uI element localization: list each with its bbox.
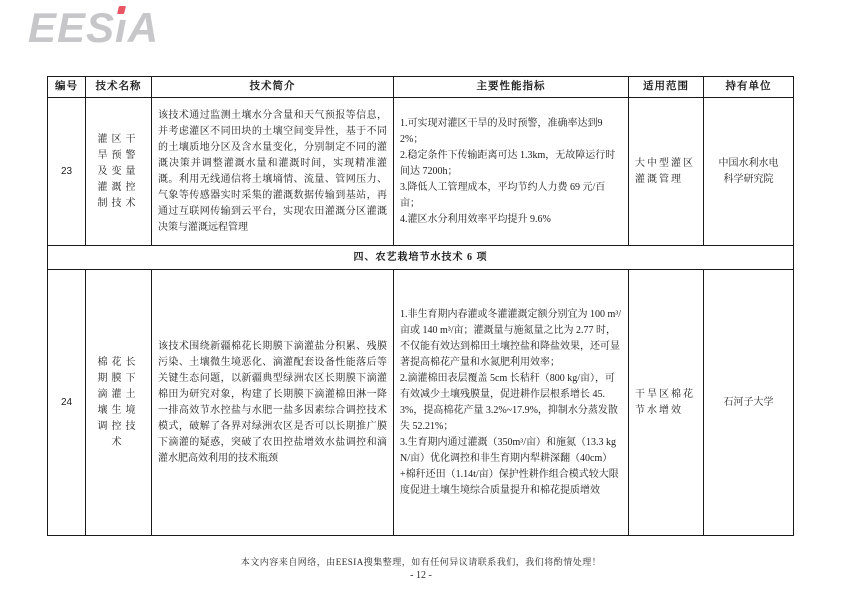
- footer-disclaimer: 本文内容来自网络，由EESIA搜集整理，如有任何异议请联系我们，我们将酌情处理！: [0, 556, 842, 568]
- row23-holder: 中国水利水电 科学研究院: [704, 98, 794, 246]
- technology-table: 编号 技术名称 技术简介 主要性能指标 适用范围 持有单位 23 灌区干旱预警及…: [47, 76, 794, 536]
- row23-id: 23: [48, 98, 86, 246]
- row24-scope: 干旱区棉花节水增效: [629, 270, 704, 536]
- page-number: - 12 -: [0, 569, 842, 582]
- logo-text-end: A: [128, 4, 159, 51]
- row24-holder: 石河子大学: [704, 270, 794, 536]
- header-scope: 适用范围: [629, 77, 704, 98]
- logo-text-start: EES: [28, 4, 115, 51]
- section-divider-row: 四、农艺栽培节水技术 6 项: [48, 246, 794, 270]
- table-header-row: 编号 技术名称 技术简介 主要性能指标 适用范围 持有单位: [48, 77, 794, 98]
- header-tech-intro: 技术简介: [152, 77, 394, 98]
- row23-tech-intro: 该技术通过监测土壤水分含量和天气预报等信息，并考虑灌区不同田块的土壤空间变异性，…: [152, 98, 394, 246]
- eesia-logo: EESıA: [28, 4, 159, 52]
- header-id: 编号: [48, 77, 86, 98]
- row23-tech-name: 灌区干旱预警及变量灌溉控制技术: [86, 98, 152, 246]
- section-divider-title: 四、农艺栽培节水技术 6 项: [48, 246, 794, 270]
- logo-letter-i: ı: [115, 4, 128, 52]
- row24-tech-intro: 该技术围绕新疆棉花长期膜下滴灌盐分积累、残膜污染、土壤微生境恶化、滴灌配套设备性…: [152, 270, 394, 536]
- row24-performance: 1.非生育期内春灌或冬灌灌溉定额分别宜为 100 m³/亩或 140 m³/亩；…: [394, 270, 629, 536]
- row23-performance: 1.可实现对灌区干旱的及时预警，准确率达到92%； 2.稳定条件下传输距离可达 …: [394, 98, 629, 246]
- header-holder: 持有单位: [704, 77, 794, 98]
- header-performance: 主要性能指标: [394, 77, 629, 98]
- row24-id: 24: [48, 270, 86, 536]
- row23-scope: 大中型灌区灌溉管理: [629, 98, 704, 246]
- row24-tech-name: 棉花长期膜下滴灌土壤生境调控技术: [86, 270, 152, 536]
- table-row: 24 棉花长期膜下滴灌土壤生境调控技术 该技术围绕新疆棉花长期膜下滴灌盐分积累、…: [48, 270, 794, 536]
- header-tech-name: 技术名称: [86, 77, 152, 98]
- table-row: 23 灌区干旱预警及变量灌溉控制技术 该技术通过监测土壤水分含量和天气预报等信息…: [48, 98, 794, 246]
